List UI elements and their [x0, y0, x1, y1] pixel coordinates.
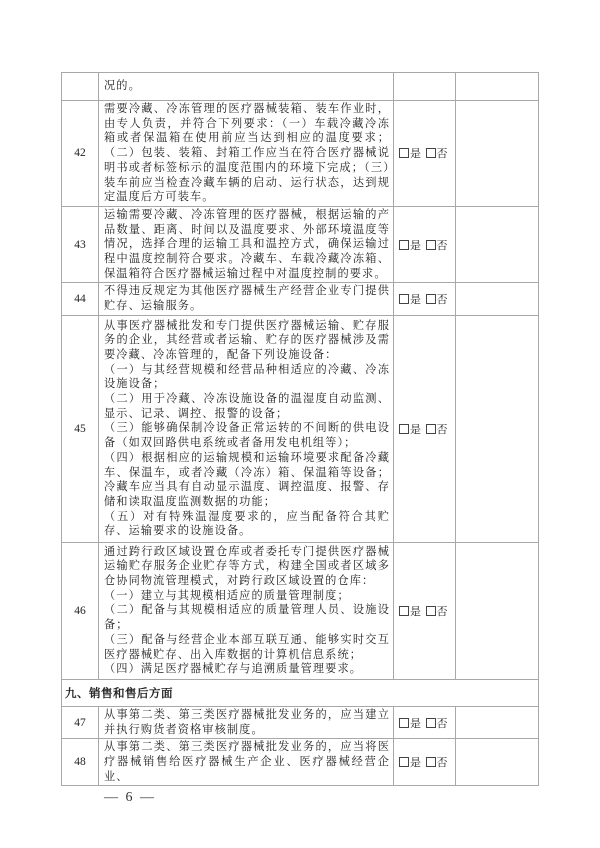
compliance-check-cell: 是 否: [394, 315, 456, 542]
requirement-line: （五）对有特殊温湿度要求的，应当配备符合其贮存、运输要求的设施设备。: [104, 510, 390, 539]
no-label: 否: [437, 605, 449, 618]
no-label: 否: [437, 239, 449, 252]
yes-label: 是: [410, 605, 422, 618]
item-number: [62, 73, 99, 101]
requirement-text: 需要冷藏、冷冻管理的医疗器械装箱、装车作业时，由专人负责，并符合下列要求：（一）…: [99, 101, 394, 207]
requirement-line: 通过跨行政区域设置仓库或者委托专门提供医疗器械运输贮存服务企业贮存等方式，构建全…: [104, 545, 390, 589]
yes-checkbox[interactable]: [399, 424, 409, 434]
checklist-row-46: 46通过跨行政区域设置仓库或者委托专门提供医疗器械运输贮存服务企业贮存等方式，构…: [62, 542, 539, 679]
yes-label: 是: [410, 147, 422, 160]
compliance-check-cell: 是 否: [394, 739, 456, 786]
requirement-line: 从事医疗器械批发和专门提供医疗器械运输、贮存服务的企业，其经营或者运输、贮存的医…: [104, 319, 390, 363]
yes-checkbox[interactable]: [399, 606, 409, 616]
section-title: 九、销售和售后方面: [62, 679, 539, 706]
requirement-text: 从事第二类、第三类医疗器械批发业务的，应当将医疗器械销售给医疗器械生产企业、医疗…: [99, 739, 394, 786]
checklist-row-45: 45从事医疗器械批发和专门提供医疗器械运输、贮存服务的企业，其经营或者运输、贮存…: [62, 315, 539, 542]
yes-checkbox[interactable]: [399, 240, 409, 250]
requirement-line: （一）与其经营规模和经营品种相适应的冷藏、冷冻设施设备；: [104, 363, 390, 392]
yes-checkbox[interactable]: [399, 294, 409, 304]
yes-checkbox[interactable]: [399, 757, 409, 767]
document-page: 况的。42需要冷藏、冷冻管理的医疗器械装箱、装车作业时，由专人负责，并符合下列要…: [0, 0, 600, 848]
compliance-check-cell: 是 否: [394, 206, 456, 283]
requirement-text: 通过跨行政区域设置仓库或者委托专门提供医疗器械运输贮存服务企业贮存等方式，构建全…: [99, 542, 394, 679]
yes-checkbox[interactable]: [399, 148, 409, 158]
item-number: 42: [62, 101, 99, 207]
page-number: — 6 —: [104, 790, 156, 806]
item-number: 44: [62, 283, 99, 315]
yes-label: 是: [410, 423, 422, 436]
requirement-text: 运输需要冷藏、冷冻管理的医疗器械，根据运输的产品数量、距离、时间以及温度要求、外…: [99, 206, 394, 283]
item-number: 47: [62, 706, 99, 738]
no-label: 否: [437, 147, 449, 160]
remarks-cell[interactable]: [456, 206, 539, 283]
checklist-row-42: 42需要冷藏、冷冻管理的医疗器械装箱、装车作业时，由专人负责，并符合下列要求：（…: [62, 101, 539, 207]
no-checkbox[interactable]: [426, 294, 436, 304]
requirement-line: （二）用于冷藏、冷冻设施设备的温湿度自动监测、显示、记录、调控、报警的设备；: [104, 392, 390, 421]
no-label: 否: [437, 756, 449, 769]
requirement-text: 从事医疗器械批发和专门提供医疗器械运输、贮存服务的企业，其经营或者运输、贮存的医…: [99, 315, 394, 542]
yes-label: 是: [410, 239, 422, 252]
requirement-text: 况的。: [99, 73, 394, 101]
item-number: 43: [62, 206, 99, 283]
item-number: 45: [62, 315, 99, 542]
checklist-row-44: 44不得违反规定为其他医疗器械生产经营企业专门提供贮存、运输服务。是 否: [62, 283, 539, 315]
compliance-check-cell: 是 否: [394, 283, 456, 315]
remarks-cell[interactable]: [456, 283, 539, 315]
yes-label: 是: [410, 756, 422, 769]
remarks-cell[interactable]: [456, 101, 539, 207]
no-checkbox[interactable]: [426, 240, 436, 250]
no-label: 否: [437, 717, 449, 730]
requirement-line: （三）配备与经营企业本部互联互通、能够实时交互医疗器械贮存、出入库数据的计算机信…: [104, 633, 390, 662]
inspection-checklist-table: 况的。42需要冷藏、冷冻管理的医疗器械装箱、装车作业时，由专人负责，并符合下列要…: [61, 72, 539, 786]
requirement-line: 运输需要冷藏、冷冻管理的医疗器械，根据运输的产品数量、距离、时间以及温度要求、外…: [104, 208, 390, 282]
compliance-check-cell: 是 否: [394, 706, 456, 738]
no-checkbox[interactable]: [426, 718, 436, 728]
item-number: 48: [62, 739, 99, 786]
checklist-row-continued: 况的。: [62, 73, 539, 101]
requirement-line: （四）满足医疗器械贮存与追溯质量管理要求。: [104, 662, 390, 677]
requirement-line: 从事第二类、第三类医疗器械批发业务的，应当建立并执行购货者资格审核制度。: [104, 708, 390, 737]
no-checkbox[interactable]: [426, 757, 436, 767]
yes-checkbox[interactable]: [399, 718, 409, 728]
requirement-text: 不得违反规定为其他医疗器械生产经营企业专门提供贮存、运输服务。: [99, 283, 394, 315]
checklist-row-48: 48从事第二类、第三类医疗器械批发业务的，应当将医疗器械销售给医疗器械生产企业、…: [62, 739, 539, 786]
yes-label: 是: [410, 717, 422, 730]
yes-label: 是: [410, 293, 422, 306]
remarks-cell[interactable]: [456, 739, 539, 786]
requirement-line: 不得违反规定为其他医疗器械生产经营企业专门提供贮存、运输服务。: [104, 284, 390, 313]
compliance-check-cell: [394, 73, 456, 101]
remarks-cell[interactable]: [456, 706, 539, 738]
requirement-text: 从事第二类、第三类医疗器械批发业务的，应当建立并执行购货者资格审核制度。: [99, 706, 394, 738]
requirement-line: （二）配备与其规模相适应的质量管理人员、设施设备；: [104, 603, 390, 632]
requirement-line: 需要冷藏、冷冻管理的医疗器械装箱、装车作业时，由专人负责，并符合下列要求：（一）…: [104, 102, 390, 205]
no-label: 否: [437, 423, 449, 436]
no-checkbox[interactable]: [426, 606, 436, 616]
no-checkbox[interactable]: [426, 148, 436, 158]
remarks-cell[interactable]: [456, 73, 539, 101]
item-number: 46: [62, 542, 99, 679]
requirement-line: 从事第二类、第三类医疗器械批发业务的，应当将医疗器械销售给医疗器械生产企业、医疗…: [104, 740, 390, 784]
checklist-body: 况的。42需要冷藏、冷冻管理的医疗器械装箱、装车作业时，由专人负责，并符合下列要…: [62, 73, 539, 786]
requirement-line: （三）能够确保制冷设备正常运转的不间断的供电设备（如双回路供电系统或者备用发电机…: [104, 421, 390, 450]
compliance-check-cell: 是 否: [394, 542, 456, 679]
no-label: 否: [437, 293, 449, 306]
requirement-line: （一）建立与其规模相适应的质量管理制度；: [104, 589, 390, 604]
no-checkbox[interactable]: [426, 424, 436, 434]
requirement-line: （四）根据相应的运输规模和运输环境要求配备冷藏车、保温车，或者冷藏（冷冻）箱、保…: [104, 451, 390, 510]
checklist-row-43: 43运输需要冷藏、冷冻管理的医疗器械，根据运输的产品数量、距离、时间以及温度要求…: [62, 206, 539, 283]
checklist-row-47: 47从事第二类、第三类医疗器械批发业务的，应当建立并执行购货者资格审核制度。是 …: [62, 706, 539, 738]
section-header-row: 九、销售和售后方面: [62, 679, 539, 706]
remarks-cell[interactable]: [456, 542, 539, 679]
requirement-line: 况的。: [104, 79, 390, 94]
remarks-cell[interactable]: [456, 315, 539, 542]
compliance-check-cell: 是 否: [394, 101, 456, 207]
